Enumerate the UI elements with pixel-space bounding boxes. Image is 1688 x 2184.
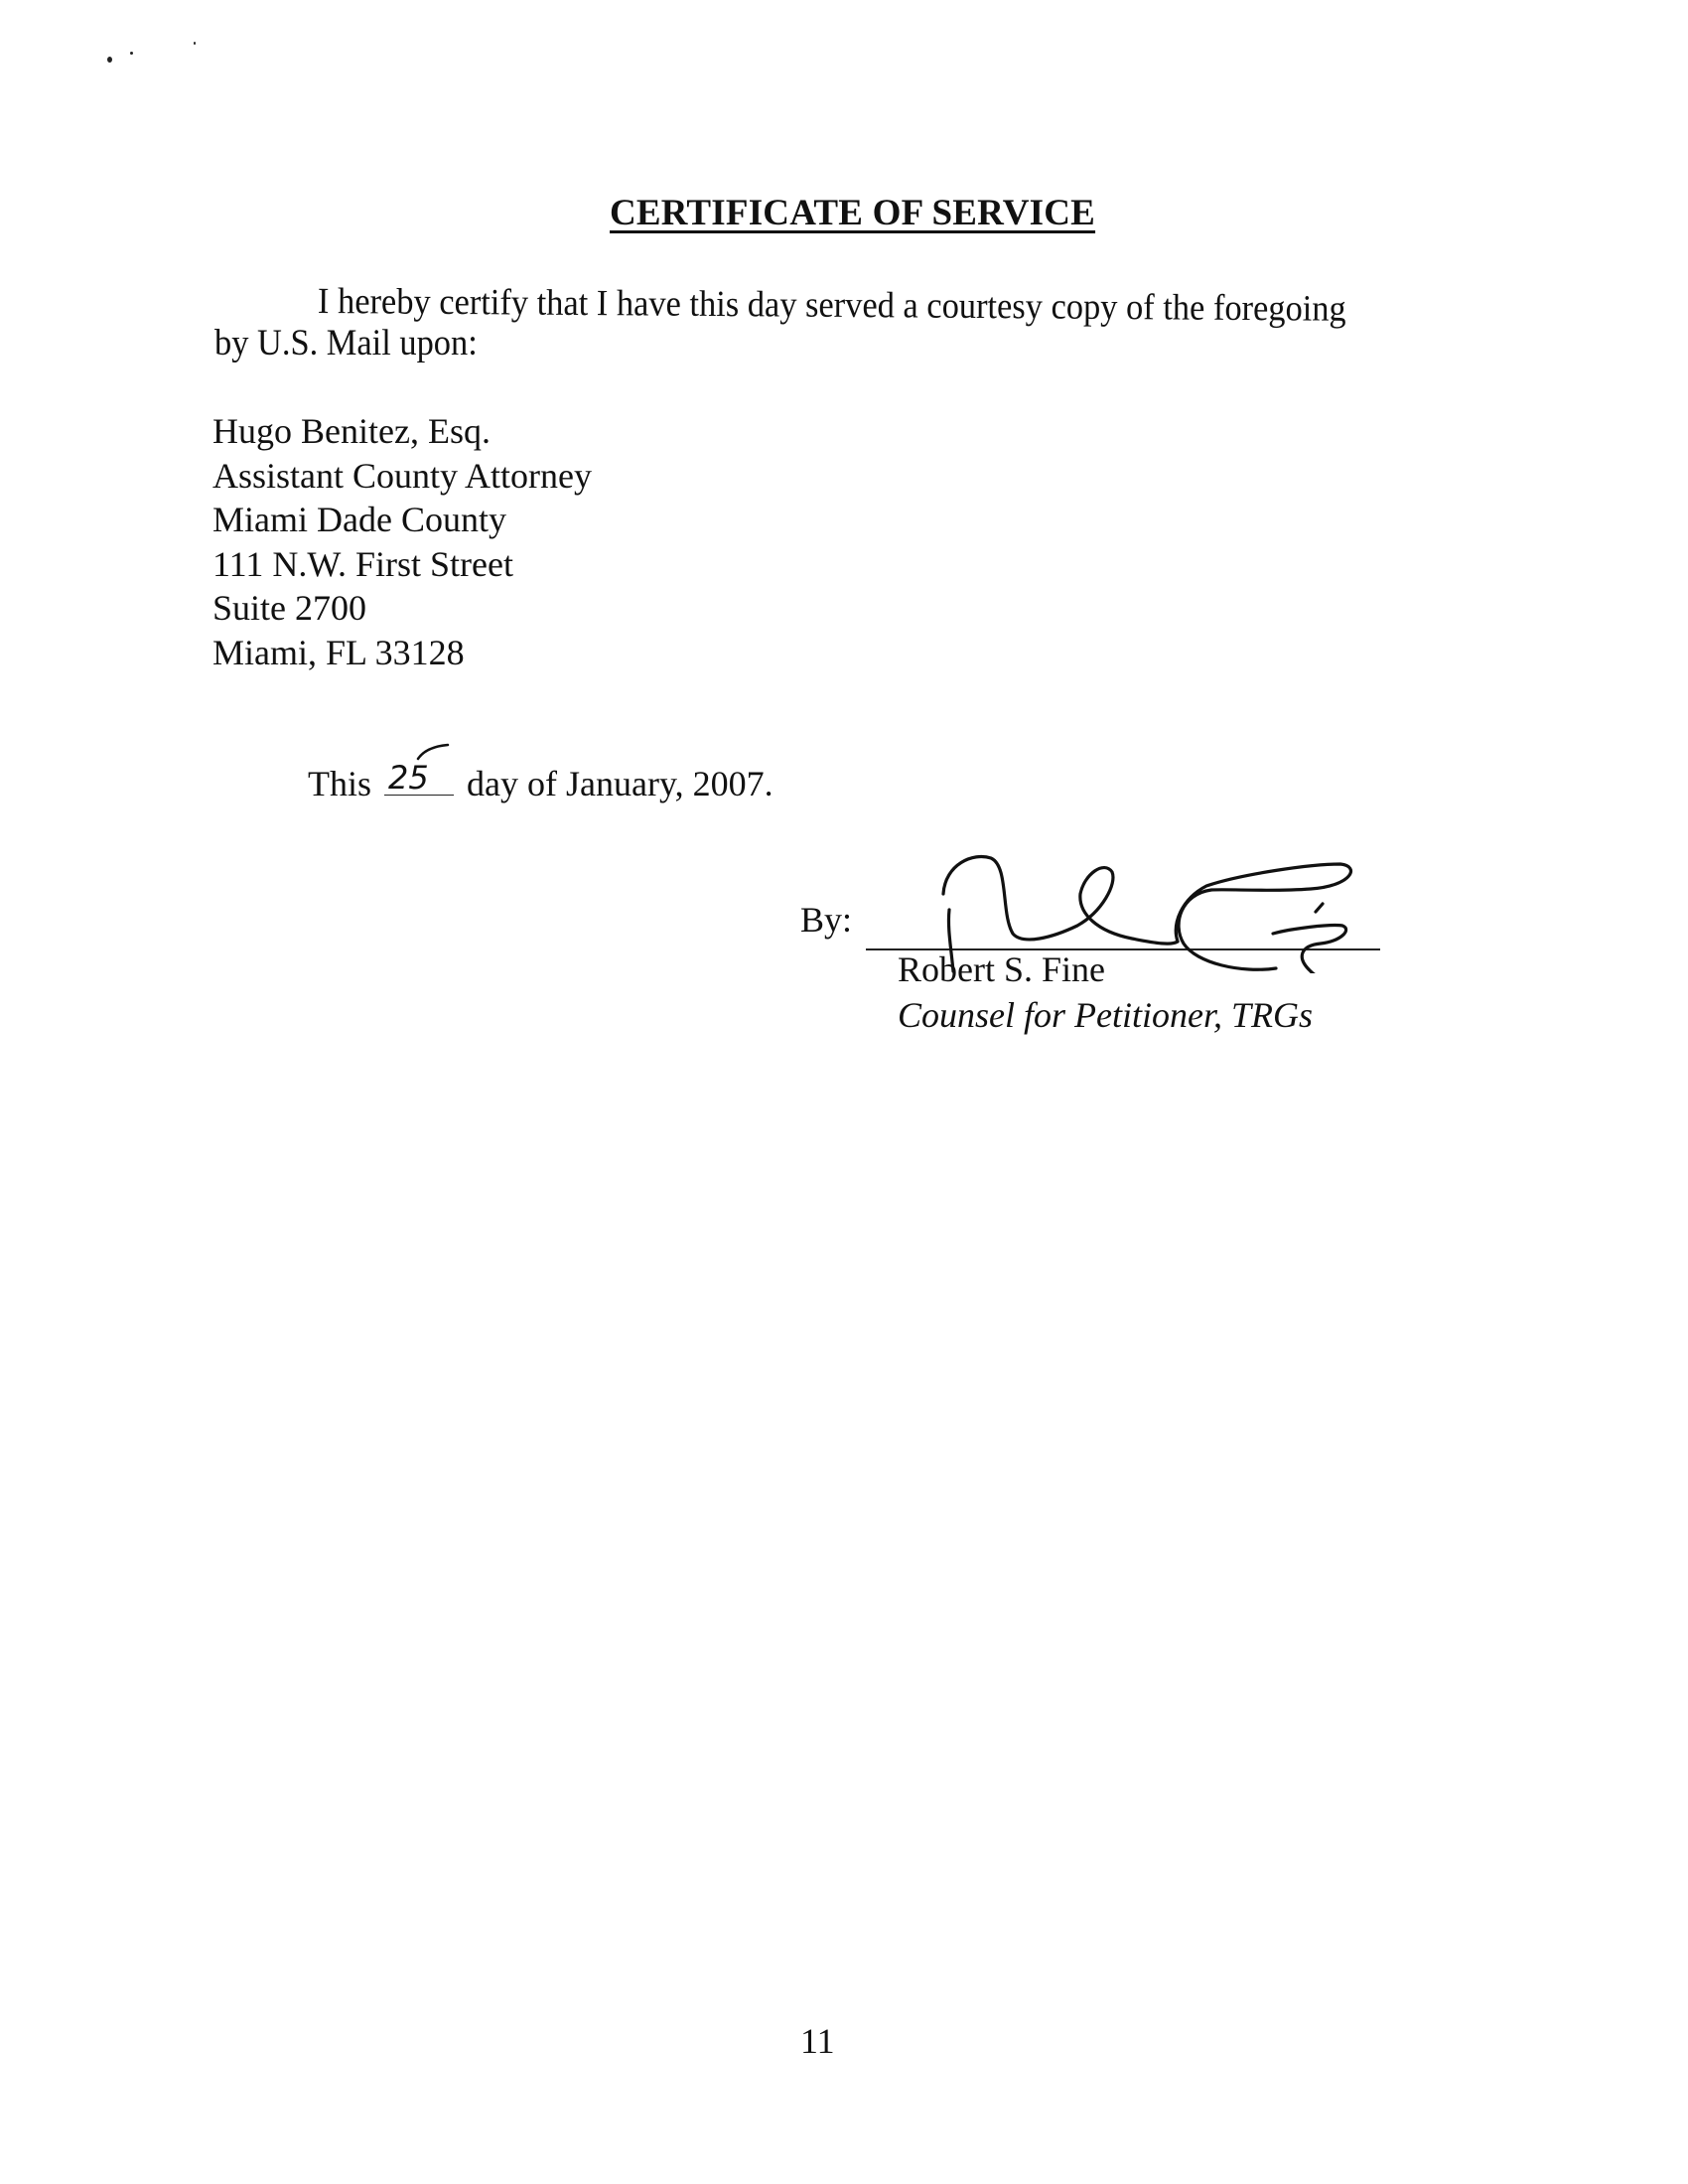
date-day-blank: 25 [384, 765, 454, 796]
scan-speck [130, 52, 133, 55]
date-prefix: This [308, 764, 371, 803]
handwritten-flourish-icon [414, 743, 454, 763]
signer-name: Robert S. Fine [898, 948, 1105, 990]
page-number: 11 [800, 2020, 835, 2062]
handwritten-day: 25 [388, 759, 429, 797]
date-suffix: day of January, 2007. [467, 764, 774, 803]
scan-speck [107, 57, 112, 63]
recipient-address: Hugo Benitez, Esq. Assistant County Atto… [212, 409, 592, 674]
signer-role: Counsel for Petitioner, TRGs [898, 994, 1313, 1036]
certification-text-line-2: by U.S. Mail upon: [214, 322, 478, 364]
recipient-title: Assistant County Attorney [212, 454, 592, 499]
recipient-city-state-zip: Miami, FL 33128 [212, 631, 592, 675]
recipient-suite: Suite 2700 [212, 586, 592, 631]
scan-speck [194, 42, 196, 45]
date-line: This 25 day of January, 2007. [308, 763, 774, 804]
recipient-name: Hugo Benitez, Esq. [212, 409, 592, 454]
recipient-street: 111 N.W. First Street [212, 542, 592, 587]
recipient-organization: Miami Dade County [212, 498, 592, 542]
document-title: CERTIFICATE OF SERVICE [610, 192, 1095, 234]
by-label: By: [800, 899, 852, 941]
